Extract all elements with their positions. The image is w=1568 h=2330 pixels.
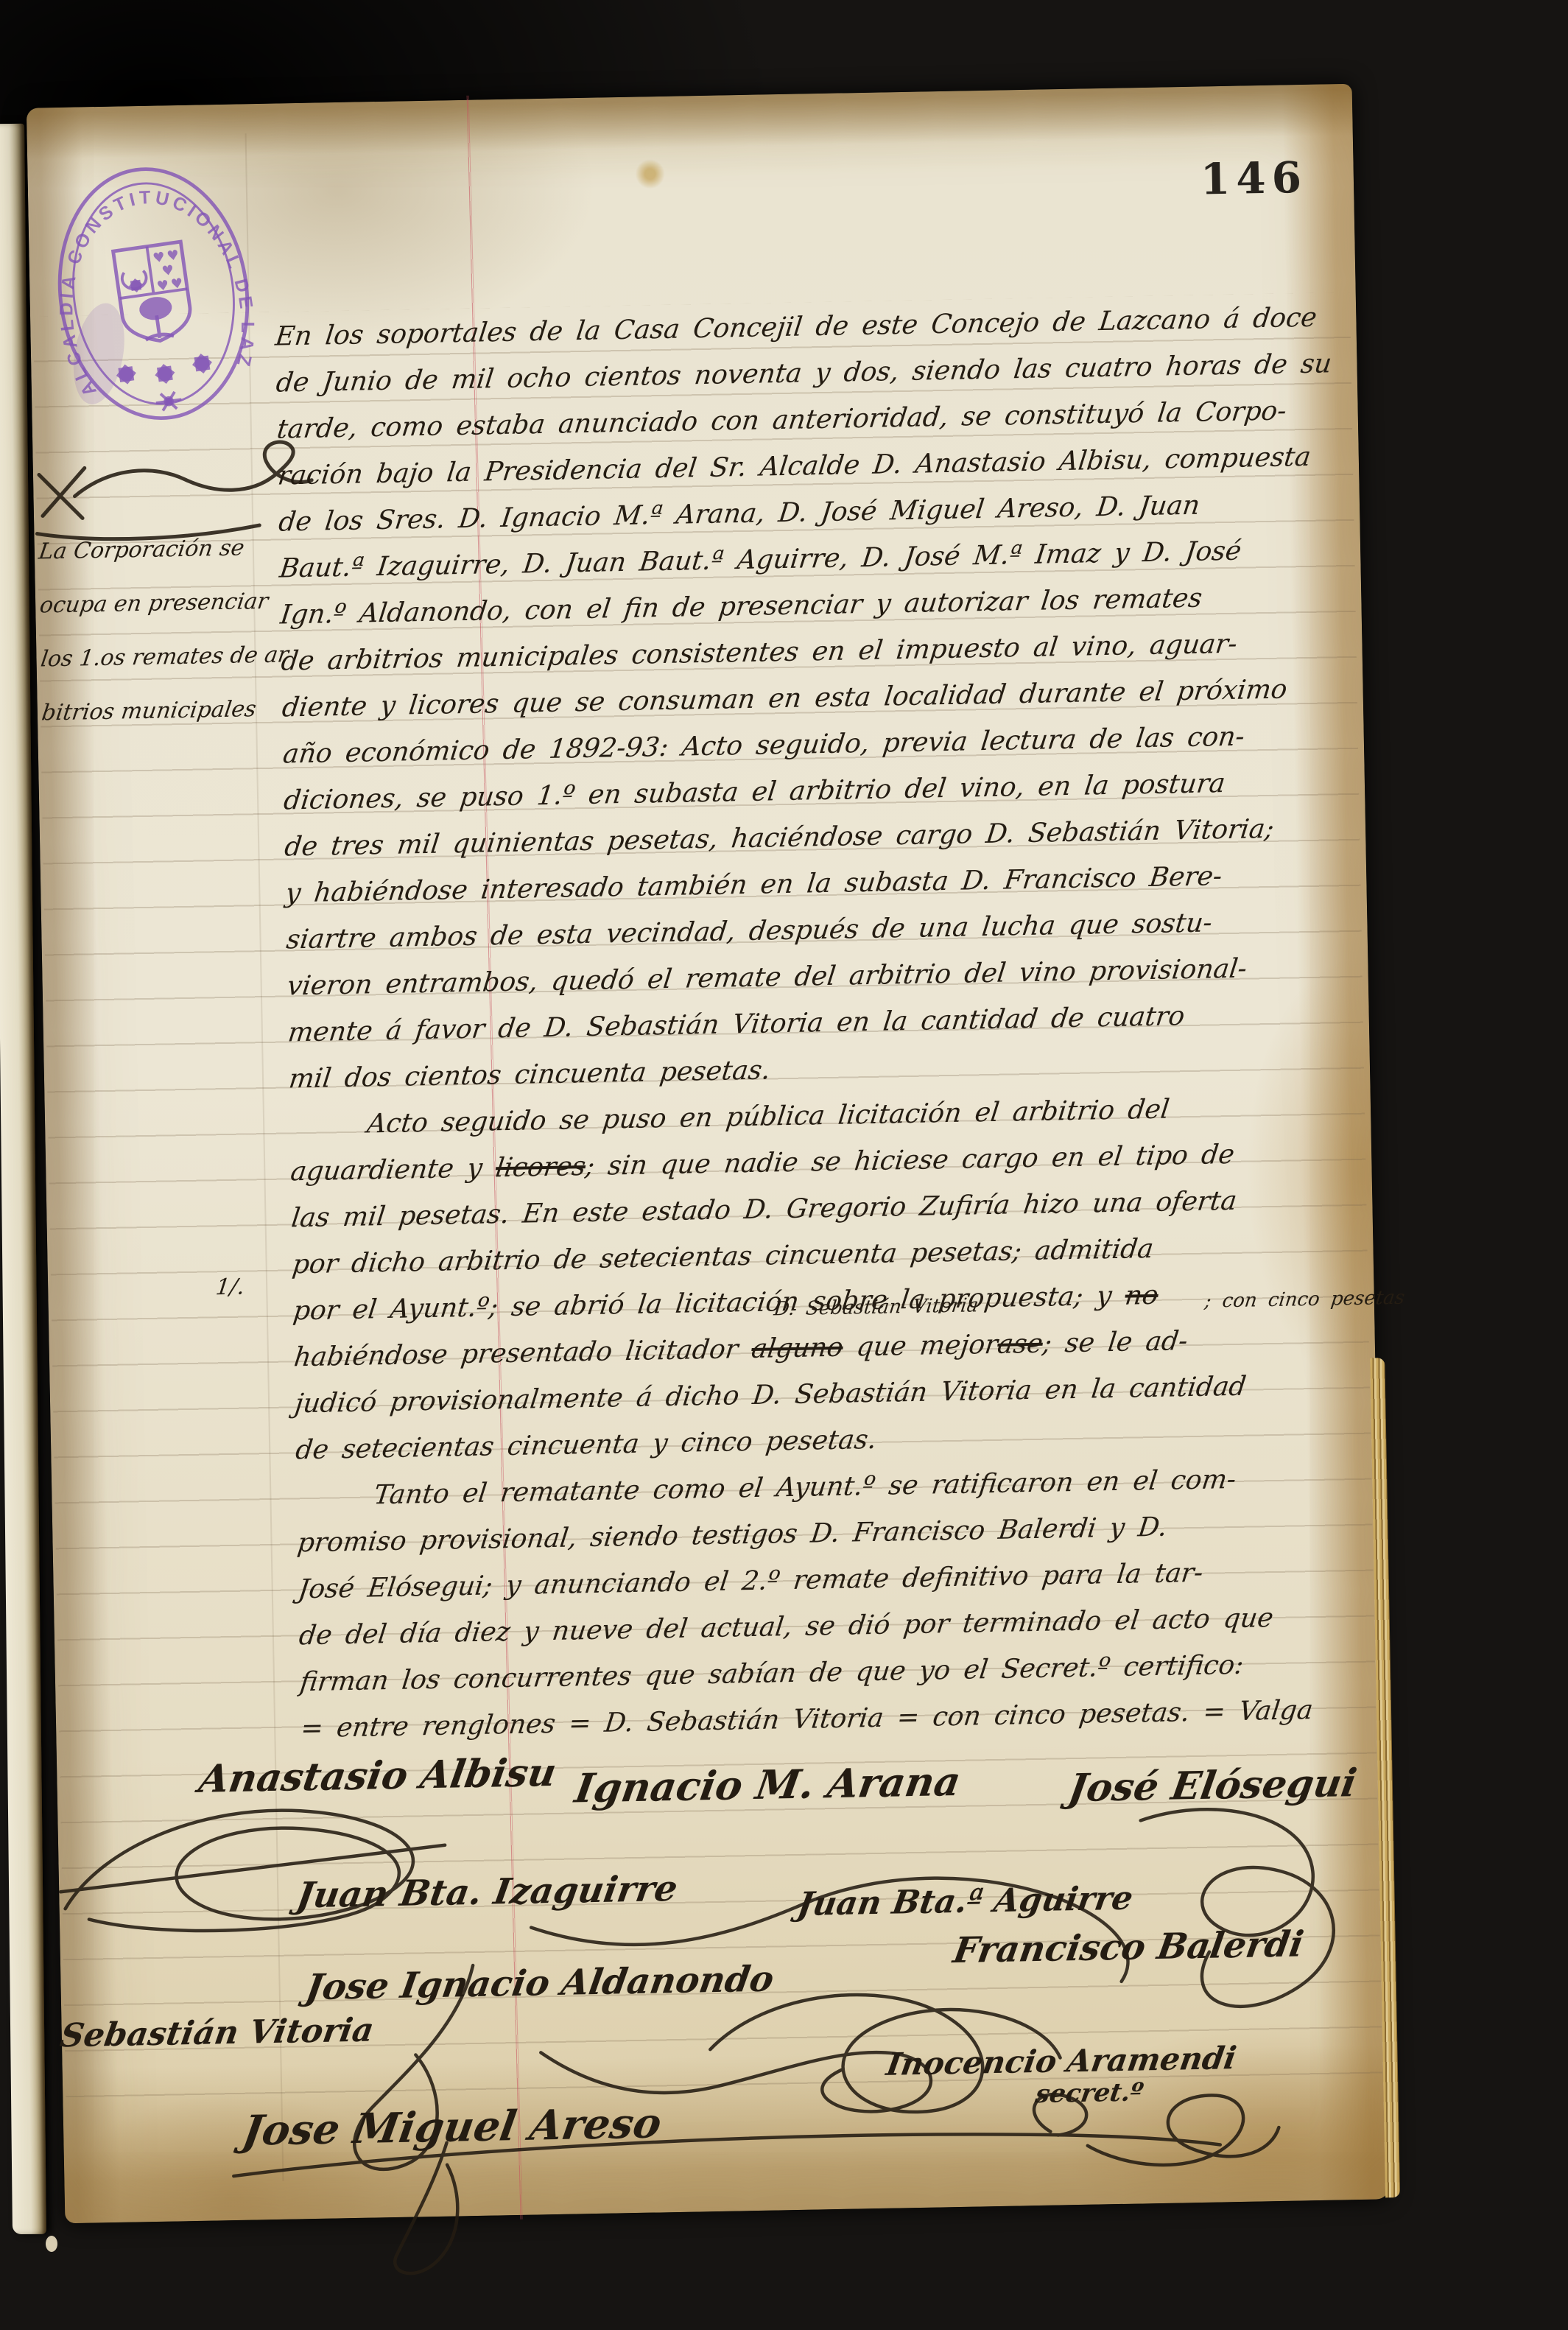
- svg-text:♥: ♥: [170, 276, 184, 292]
- signature-text: Inocencio Aramendi: [884, 2040, 1239, 2082]
- signature-jose-elosegui: José Elósegui: [1065, 1761, 1360, 1811]
- rubric-areso-descender: [393, 2142, 459, 2273]
- struck-word: alguno: [750, 1333, 845, 1364]
- signature-text: Juan Bta. Izaguirre: [294, 1868, 681, 1917]
- document-page: 146 ALCALDIA CONSTITUCIONAL DE LAZCANO ♥…: [27, 84, 1391, 2224]
- margin-note-line: ocupa en presenciar: [36, 575, 279, 633]
- line-segment: ; se le ad-: [1041, 1326, 1189, 1359]
- signature-text: Jose Miguel Areso: [239, 2099, 665, 2155]
- signature-text: Anastasio Albisu: [196, 1750, 560, 1802]
- signature-text: Jose Ignacio Aldanondo: [303, 1958, 776, 2008]
- line-segment: que mejor: [841, 1330, 999, 1363]
- line-segment: por el Ayunt.º; se abrió la licitación s…: [292, 1281, 1128, 1327]
- stamp-star-icon: [153, 362, 176, 385]
- signature-text: Ignacio M. Arana: [572, 1758, 963, 1812]
- struck-word: ase: [996, 1329, 1044, 1360]
- rubric-elosegui: [1140, 1807, 1335, 2008]
- struck-word: no: [1123, 1280, 1160, 1311]
- signature-sebastian-vitoria: Sebastián Vitoria: [57, 2011, 376, 2054]
- line-segment: habiéndose presentado licitador: [292, 1334, 753, 1372]
- signature-jose-miguel-areso: Jose Miguel Areso: [239, 2099, 665, 2155]
- signature-text: Juan Bta.ª Aguirre: [795, 1880, 1136, 1923]
- line-segment: aguardiente y: [289, 1153, 497, 1187]
- stamp-star-icon: [128, 278, 144, 294]
- margin-note-line: bitrios municipales: [38, 682, 281, 740]
- signature-juan-bta-aguirre: Juan Bta.ª Aguirre: [795, 1880, 1136, 1923]
- stamp-star-icon: [191, 352, 214, 375]
- signature-anastasio-albisu: Anastasio Albisu: [196, 1750, 560, 1802]
- stamp-tree-crown: [138, 295, 173, 322]
- line-segment: ; sin que nadie se hiciese cargo en el t…: [583, 1140, 1236, 1182]
- paper-speck: [46, 2236, 57, 2252]
- signature-text: Sebastián Vitoria: [57, 2011, 376, 2054]
- margin-note: La Corporación se ocupa en presenciar lo…: [38, 521, 278, 740]
- margin-note-line: La Corporación se: [35, 521, 278, 579]
- svg-text:♥: ♥: [156, 278, 170, 295]
- signature-text: José Elósegui: [1065, 1761, 1360, 1811]
- stamp-panelas-icons: ♥♥ ♥♥♥: [152, 248, 184, 295]
- signature-inocencio-aramendi: Inocencio Aramendi secret.º: [879, 2040, 1239, 2112]
- signature-juan-bta-izaguirre: Juan Bta. Izaguirre: [294, 1868, 681, 1917]
- svg-text:♥: ♥: [166, 248, 180, 264]
- interline-insertion: D. Sebastián Vitoria: [773, 1296, 980, 1319]
- interline-insertion: ; con cinco pesetas: [1203, 1288, 1406, 1311]
- margin-note-line: los 1.os remates de ar: [37, 628, 280, 687]
- margin-correction-mark: 1/.: [214, 1274, 246, 1301]
- scan-background: { "document": { "page_number": "146", "c…: [0, 0, 1568, 2330]
- handwritten-body: En los soportales de la Casa Concejil de…: [272, 294, 1390, 1752]
- page-number: 146: [1200, 152, 1307, 205]
- stamp-bottom-ornament: [155, 391, 183, 412]
- signature-text: Francisco Balerdi: [950, 1923, 1306, 1971]
- struck-word: licores: [494, 1151, 588, 1183]
- signature-ignacio-m-arana: Ignacio M. Arana: [572, 1758, 963, 1812]
- signature-jose-ignacio-aldanondo: Jose Ignacio Aldanondo: [303, 1958, 776, 2008]
- signature-francisco-balerdi: Francisco Balerdi: [950, 1923, 1306, 1971]
- municipal-stamp: ALCALDIA CONSTITUCIONAL DE LAZCANO ♥♥ ♥♥…: [37, 148, 271, 438]
